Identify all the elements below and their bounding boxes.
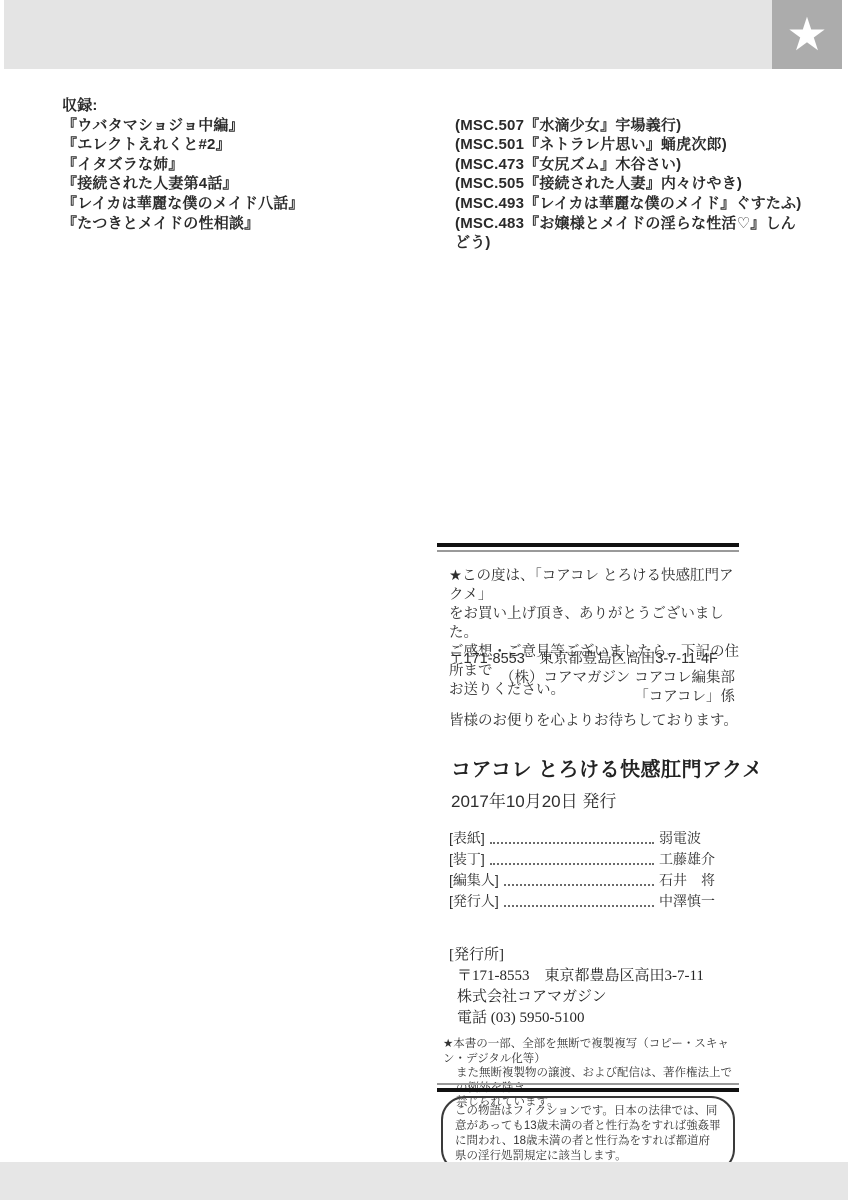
star-tab: ★ [772,0,842,69]
credit-name: 中澤慎一 [659,891,735,911]
credit-row: [編集人] 石井 将 [449,869,735,890]
double-rule-top [437,543,739,552]
toc-row: 『たつきとメイドの性相談』 (MSC.483『お嬢様とメイドの淫らな性活♡』しん… [62,214,802,253]
credit-role: [装丁] [449,849,485,869]
address-line: 「コアコレ」係 [449,688,735,707]
address-line: （株）コアマガジン コアコレ編集部 [449,669,735,688]
toc-row: 『接続された人妻第4話』 (MSC.505『接続された人妻』内々けやき) [62,174,802,194]
toc-title: 『エレクトえれくと#2』 [62,135,455,155]
credit-name: 工藤雄介 [659,849,735,869]
dotted-leader [504,884,654,886]
toc-header: 収録: [62,96,802,116]
credit-role: [発行人] [449,891,499,911]
thanks-line: ★この度は、「コアコレ とろける快感肛門アクメ」 [449,567,739,605]
book-title: コアコレ とろける快感肛門アクメ [451,753,763,782]
credit-row: [発行人] 中澤慎一 [449,890,735,911]
address-line: 〒171-8553 東京都豊島区高田3-7-11-4F [449,650,735,669]
dotted-leader [490,863,654,865]
credits-list: [表紙] 弱電波 [装丁] 工藤雄介 [編集人] 石井 将 [発行人] 中澤慎一 [449,827,735,911]
credit-name: 弱電波 [659,828,735,848]
toc-title: 『接続された人妻第4話』 [62,174,455,194]
credit-name: 石井 将 [659,870,735,890]
dotted-leader [504,905,654,907]
toc-credit: (MSC.501『ネトラレ片思い』蛹虎次郎) [455,135,802,155]
credit-role: [編集人] [449,870,499,890]
star-icon: ★ [786,11,827,57]
toc-row: 『ウバタマショジョ中編』 (MSC.507『水滴少女』宇場義行) [62,116,802,136]
publisher-header: [発行所] [449,945,735,966]
credit-role: [表紙] [449,828,485,848]
toc-credit: (MSC.505『接続された人妻』内々けやき) [455,174,802,194]
publisher-name: 株式会社コアマガジン [449,987,735,1008]
publisher-address: 〒171-8553 東京都豊島区高田3-7-11 [449,966,735,987]
toc-credit: (MSC.493『レイカは華麗な僕のメイド』ぐすたふ) [455,194,802,214]
credit-row: [装丁] 工藤雄介 [449,848,735,869]
toc-row: 『エレクトえれくと#2』 (MSC.501『ネトラレ片思い』蛹虎次郎) [62,135,802,155]
toc-row: 『レイカは華麗な僕のメイド八話』 (MSC.493『レイカは華麗な僕のメイド』ぐ… [62,194,802,214]
credit-row: [表紙] 弱電波 [449,827,735,848]
toc-credit: (MSC.507『水滴少女』宇場義行) [455,116,802,136]
toc-credit: (MSC.483『お嬢様とメイドの淫らな性活♡』しんどう) [455,214,802,253]
issue-date: 2017年10月20日 発行 [451,787,616,812]
top-scan-band [4,0,772,69]
dotted-leader [490,842,654,844]
toc-title: 『ウバタマショジョ中編』 [62,116,455,136]
table-of-contents: 収録: 『ウバタマショジョ中編』 (MSC.507『水滴少女』宇場義行) 『エレ… [62,96,802,253]
scanned-colophon-page: ★ 収録: 『ウバタマショジョ中編』 (MSC.507『水滴少女』宇場義行) 『… [0,0,848,1200]
thanks-line: をお買い上げ頂き、ありがとうございました。 [449,605,739,643]
toc-row: 『イタズラな姉』 (MSC.473『女尻ズム』木谷さい) [62,155,802,175]
bottom-scan-band [0,1162,848,1200]
toc-title: 『レイカは華麗な僕のメイド八話』 [62,194,455,214]
fiction-notice-text: この物語はフィクションです。日本の法律では、同意があっても13歳未満の者と性行為… [455,1105,721,1162]
toc-title: 『イタズラな姉』 [62,155,455,175]
toc-title: 『たつきとメイドの性相談』 [62,214,455,253]
copyright-line: ★本書の一部、全部を無断で複製複写（コピー・スキャン・デジタル化等） [443,1037,743,1066]
double-rule-bottom [437,1083,739,1092]
mailing-address: 〒171-8553 東京都豊島区高田3-7-11-4F （株）コアマガジン コア… [449,650,735,707]
publisher-phone: 電話 (03) 5950-5100 [449,1008,735,1029]
publisher-info: [発行所] 〒171-8553 東京都豊島区高田3-7-11 株式会社コアマガジ… [449,945,735,1029]
toc-credit: (MSC.473『女尻ズム』木谷さい) [455,155,802,175]
await-letters-line: 皆様のお便りを心よりお待ちしております。 [449,709,738,730]
